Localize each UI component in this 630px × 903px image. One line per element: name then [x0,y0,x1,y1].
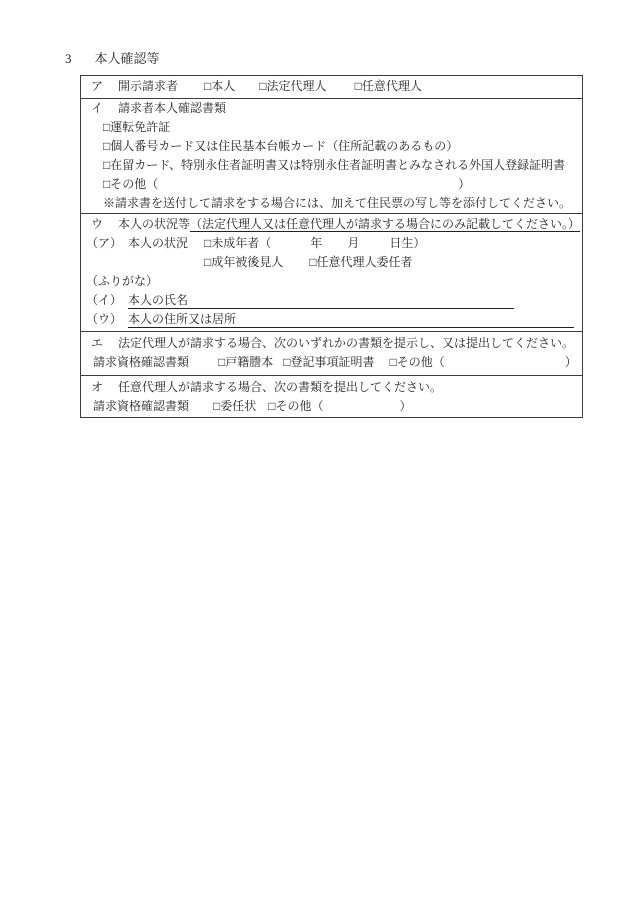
principal-name-row: （イ）本人の氏名 [81,291,582,310]
option-registry-certificate-label: 登記事項証明書 [291,355,375,369]
principal-name-field-label: 本人の氏名 [128,293,188,307]
option-self[interactable]: □本人 [204,79,235,93]
principal-status-note: （法定代理人又は任意代理人が請求する場合にのみ記載してください。） [190,217,580,232]
section-heading: 3本人確認等 [65,49,160,68]
principal-address-field-label: 本人の住所又は居所 [128,312,236,326]
name-row-key: （イ） [86,293,122,307]
item-drivers-license-label: 運転免許証 [110,120,170,134]
checkbox-voluntary-representative-icon[interactable]: □ [355,79,362,93]
principal-status-title-row: ウ本人の状況等（法定代理人又は任意代理人が請求する場合にのみ記載してください。） [81,215,582,234]
checkbox-legal-representative-icon[interactable]: □ [259,79,266,93]
item-other-id[interactable]: □その他（） [81,175,582,194]
minor-month-unit: 月 [347,236,359,250]
principal-status-row: （ア）本人の状況□未成年者（年月日生） [81,234,582,253]
item-residence-card-label: 在留カード、特別永住者証明書又は特別永住者証明書とみなされる外国人登録証明書 [110,158,565,172]
item-my-number-card[interactable]: □個人番号カード又は住民基本台帳カード（住所記載のあるもの） [81,137,582,156]
section-e-key: エ [91,336,103,350]
checkbox-legal-other-icon[interactable]: □ [390,355,397,369]
section-a-key: ア [91,79,103,93]
principal-address-field[interactable]: 本人の住所又は居所 [128,310,574,328]
legal-rep-docs-label: 請求資格確認書類 [93,355,189,369]
status-row-key: （ア） [86,236,122,250]
checkbox-registry-certificate-icon[interactable]: □ [283,355,290,369]
option-voluntary-agent-delegator[interactable]: □任意代理人委任者 [309,255,412,269]
heading-number: 3 [65,51,72,66]
legal-rep-title-row: エ法定代理人が請求する場合、次のいずれかの書類を提示し、又は提出してください。 [81,334,582,353]
section-principal-status: ウ本人の状況等（法定代理人又は任意代理人が請求する場合にのみ記載してください。）… [81,214,582,332]
option-legal-representative-label: 法定代理人 [267,79,327,93]
section-u-key: ウ [91,217,103,231]
option-voluntary-representative-label: 任意代理人 [362,79,422,93]
section-i-key: イ [91,101,103,115]
document-page: 3本人確認等 ア開示請求者□本人□法定代理人□任意代理人 イ請求者本人確認書類 … [0,0,630,903]
legal-rep-instruction: 法定代理人が請求する場合、次のいずれかの書類を提示し、又は提出してください。 [118,336,574,350]
option-registry-certificate[interactable]: □登記事項証明書 [283,355,374,369]
section-o-key: オ [91,380,103,394]
voluntary-other-close-paren: ） [400,399,412,413]
option-legal-other-label: その他（ [397,355,445,369]
checkbox-voluntary-agent-delegator-icon[interactable]: □ [309,255,316,269]
option-self-label: 本人 [211,79,235,93]
option-adult-ward-label: 成年被後見人 [211,255,283,269]
option-voluntary-other-label: その他（ [276,399,324,413]
option-legal-representative[interactable]: □法定代理人 [259,79,326,93]
voluntary-rep-docs-label: 請求資格確認書類 [93,399,189,413]
principal-status-label: 本人の状況等 [118,217,190,231]
status-row-label: 本人の状況 [128,236,188,250]
furigana-row: （ふりがな） [81,272,582,291]
minor-day-unit: 日生） [389,236,425,250]
option-voluntary-agent-delegator-label: 任意代理人委任者 [317,255,413,269]
heading-title: 本人確認等 [95,51,160,66]
voluntary-rep-instruction: 任意代理人が請求する場合、次の書類を提出してください。 [118,380,442,394]
address-row-key: （ウ） [86,312,122,326]
item-other-id-close-paren: ） [458,177,470,191]
principal-name-field[interactable]: 本人の氏名 [128,291,514,309]
option-minor[interactable]: □未成年者（年月日生） [204,236,425,250]
option-voluntary-representative[interactable]: □任意代理人 [355,79,422,93]
disclosure-requester-label: 開示請求者 [118,79,178,93]
option-minor-label: 未成年者（ [211,236,271,250]
principal-address-row: （ウ）本人の住所又は居所 [81,310,582,329]
disclosure-requester-row: ア開示請求者□本人□法定代理人□任意代理人 [81,77,582,96]
item-drivers-license[interactable]: □運転免許証 [81,118,582,137]
section-voluntary-representative-docs: オ任意代理人が請求する場合、次の書類を提出してください。 請求資格確認書類□委任… [81,376,582,417]
voluntary-rep-title-row: オ任意代理人が請求する場合、次の書類を提出してください。 [81,378,582,397]
option-voluntary-other[interactable]: □その他（） [268,399,411,413]
option-family-register[interactable]: □戸籍謄本 [218,355,273,369]
legal-other-close-paren: ） [565,355,577,369]
item-other-id-label: その他（ [110,177,158,191]
option-adult-ward[interactable]: □成年被後見人 [204,255,283,269]
identity-verification-table: ア開示請求者□本人□法定代理人□任意代理人 イ請求者本人確認書類 □運転免許証 … [80,75,583,418]
section-requester-id-documents: イ請求者本人確認書類 □運転免許証 □個人番号カード又は住民基本台帳カード（住所… [81,99,582,214]
option-family-register-label: 戸籍謄本 [225,355,273,369]
furigana-label: （ふりがな） [86,274,158,288]
mail-request-note: ※請求書を送付して請求をする場合には、加えて住民票の写し等を添付してください。 [81,194,582,213]
requester-id-documents-label: 請求者本人確認書類 [118,101,226,115]
principal-status-row-2: □成年被後見人□任意代理人委任者 [81,253,582,272]
option-power-of-attorney[interactable]: □委任状 [213,399,256,413]
mail-request-note-text: ※請求書を送付して請求をする場合には、加えて住民票の写し等を添付してください。 [103,196,571,210]
voluntary-rep-docs-row: 請求資格確認書類□委任状□その他（） [81,397,582,416]
legal-rep-docs-row: 請求資格確認書類□戸籍謄本□登記事項証明書□その他（） [81,353,582,372]
requester-id-documents-title-row: イ請求者本人確認書類 [81,99,582,118]
checkbox-voluntary-other-icon[interactable]: □ [268,399,275,413]
item-my-number-card-label: 個人番号カード又は住民基本台帳カード（住所記載のあるもの） [110,139,458,153]
section-disclosure-requester: ア開示請求者□本人□法定代理人□任意代理人 [81,76,582,99]
option-legal-other[interactable]: □その他（） [390,355,577,369]
minor-year-unit: 年 [310,236,322,250]
section-legal-representative-docs: エ法定代理人が請求する場合、次のいずれかの書類を提示し、又は提出してください。 … [81,332,582,376]
item-residence-card[interactable]: □在留カード、特別永住者証明書又は特別永住者証明書とみなされる外国人登録証明書 [81,156,582,175]
option-power-of-attorney-label: 委任状 [220,399,256,413]
